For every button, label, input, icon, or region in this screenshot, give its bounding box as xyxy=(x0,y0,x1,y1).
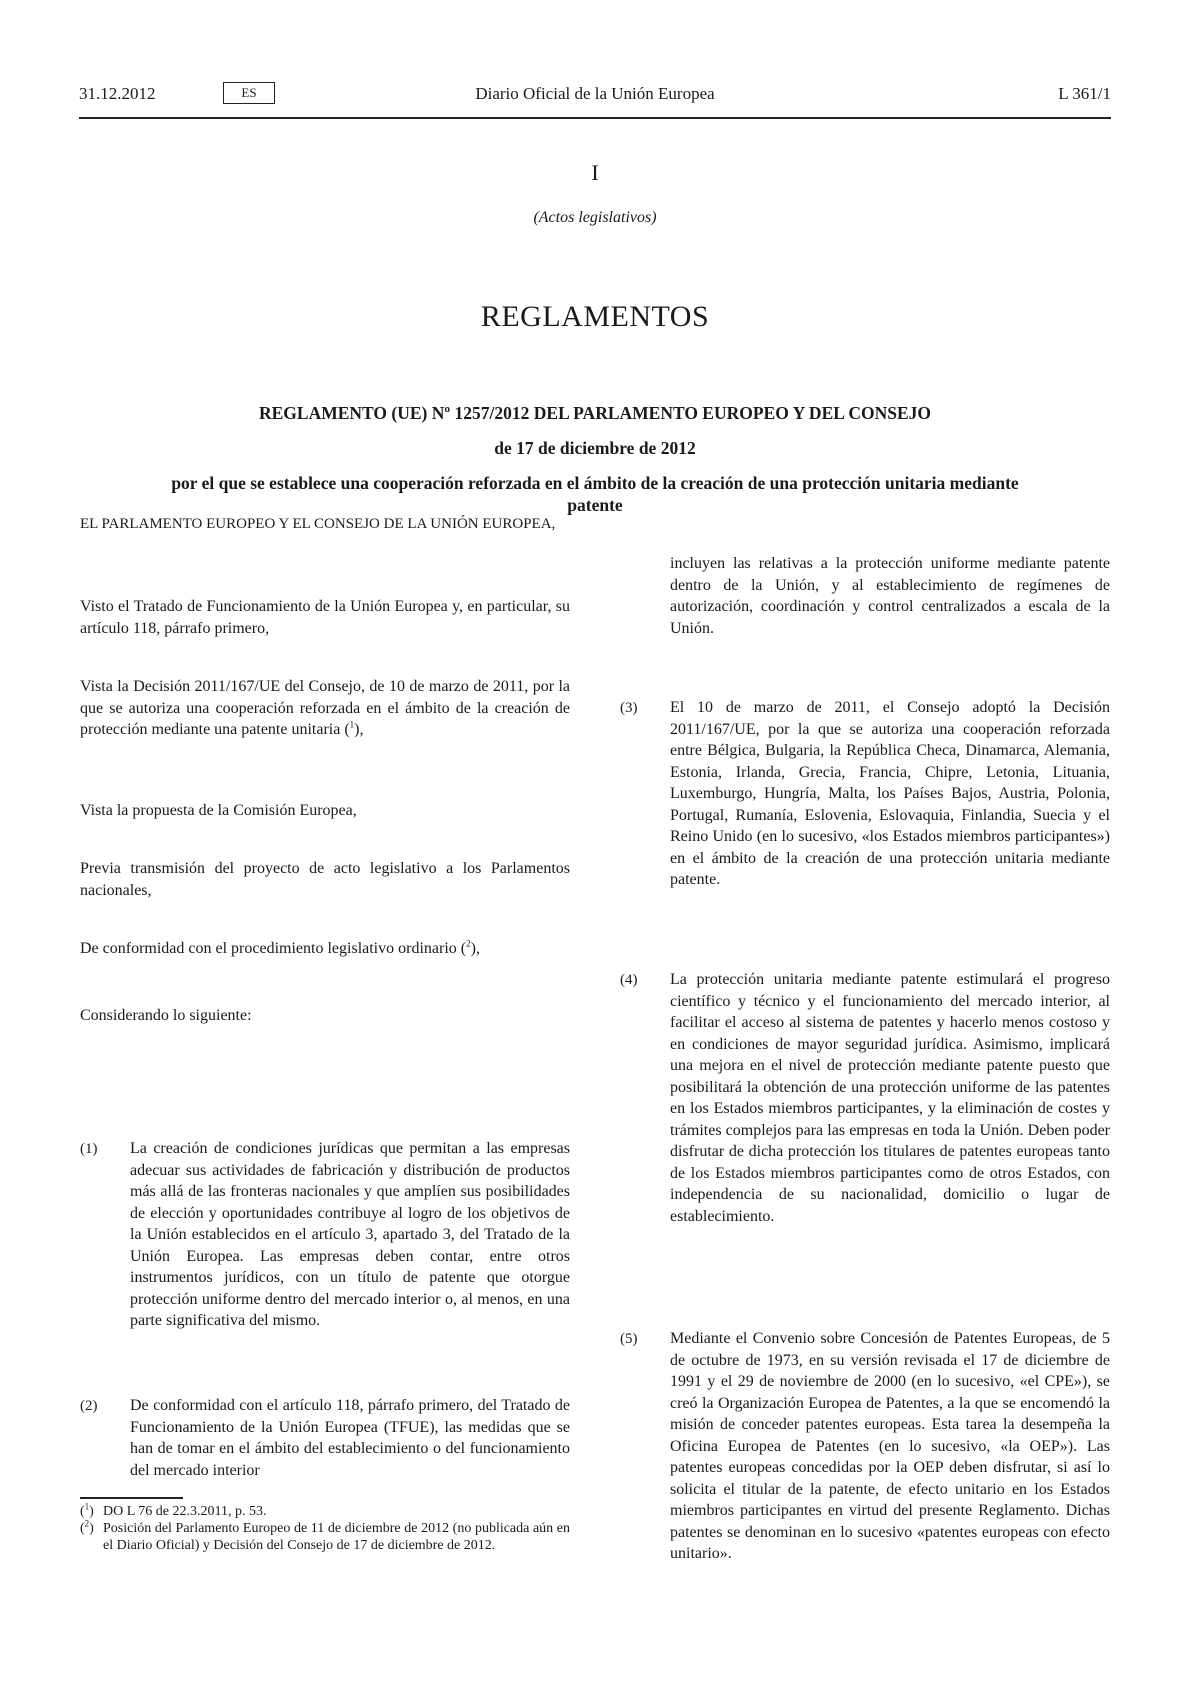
footnote-text: Posición del Parlamento Europeo de 11 de… xyxy=(103,1521,570,1553)
part-number: I xyxy=(79,160,1111,186)
citation-procedure-text: De conformidad con el procedimiento legi… xyxy=(80,940,457,957)
recital-number: (1) xyxy=(80,1141,98,1158)
footnotes: (1) DO L 76 de 22.3.2011, p. 53. (2) Pos… xyxy=(80,1503,570,1554)
citation-decision-text: Vista la Decisión 2011/167/UE del Consej… xyxy=(80,678,570,738)
part-subtitle: (Actos legislativos) xyxy=(79,209,1111,227)
citation-national-parliaments: Previa transmisión del proyecto de acto … xyxy=(80,858,570,901)
journal-title: Diario Oficial de la Unión Europea xyxy=(79,84,1111,104)
section-title: REGLAMENTOS xyxy=(79,300,1111,334)
regulation-title: REGLAMENTO (UE) Nº 1257/2012 DEL PARLAME… xyxy=(79,403,1111,424)
recital-text: El 10 de marzo de 2011, el Consejo adopt… xyxy=(670,697,1110,891)
footnote-2: (2) Posición del Parlamento Europeo de 1… xyxy=(80,1520,570,1554)
recital-text: Mediante el Convenio sobre Concesión de … xyxy=(670,1328,1110,1565)
footnote-divider xyxy=(80,1497,183,1499)
page-reference: L 361/1 xyxy=(1058,84,1111,104)
citation-suffix: ), xyxy=(471,940,480,957)
citation-suffix: ), xyxy=(354,721,363,738)
recital-number: (2) xyxy=(80,1398,98,1415)
footnote-1: (1) DO L 76 de 22.3.2011, p. 53. xyxy=(80,1503,570,1520)
citation-commission-proposal: Vista la propuesta de la Comisión Europe… xyxy=(80,800,570,822)
citation-treaty: Visto el Tratado de Funcionamiento de la… xyxy=(80,596,570,639)
enacting-authority: EL PARLAMENTO EUROPEO Y EL CONSEJO DE LA… xyxy=(80,514,570,536)
recital-number: (4) xyxy=(620,972,638,989)
footnote-mark: (2) xyxy=(80,1520,94,1537)
recital-text: La protección unitaria mediante patente … xyxy=(670,969,1110,1227)
header-divider xyxy=(79,117,1111,119)
regulation-date: de 17 de diciembre de 2012 xyxy=(79,438,1111,459)
recital-number: (5) xyxy=(620,1331,638,1348)
recital-text: De conformidad con el artículo 118, párr… xyxy=(130,1395,570,1481)
citation-legislative-procedure: De conformidad con el procedimiento legi… xyxy=(80,938,570,960)
recital-text: La creación de condiciones jurídicas que… xyxy=(130,1138,570,1332)
footnote-text: DO L 76 de 22.3.2011, p. 53. xyxy=(103,1504,266,1519)
recital-number: (3) xyxy=(620,700,638,717)
considering-heading: Considerando lo siguiente: xyxy=(80,1005,570,1027)
recital-2-continuation: incluyen las relativas a la protección u… xyxy=(670,553,1110,639)
regulation-subject: por el que se establece una cooperación … xyxy=(160,472,1030,516)
citation-decision: Vista la Decisión 2011/167/UE del Consej… xyxy=(80,676,570,741)
page-header: 31.12.2012 ES Diario Oficial de la Unión… xyxy=(79,82,1111,110)
